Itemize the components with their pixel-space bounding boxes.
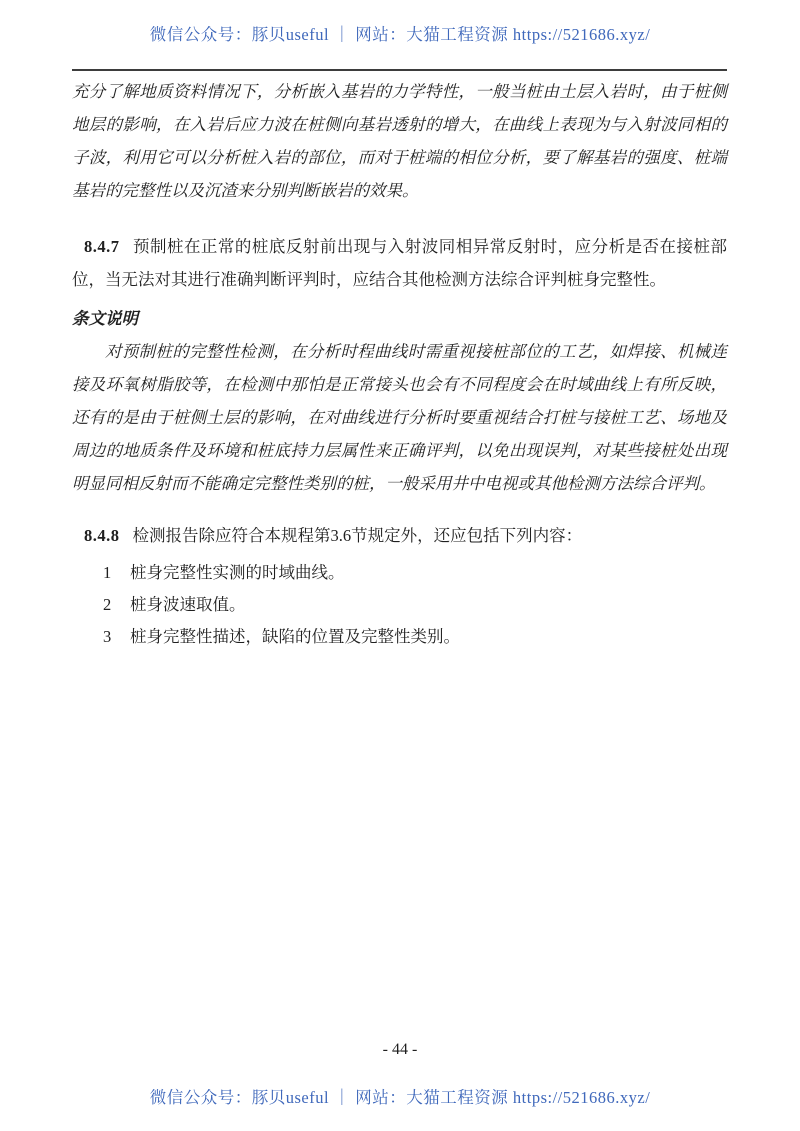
page-number: - 44 - — [0, 1041, 800, 1059]
list-item: 3桩身完整性描述，缺陷的位置及完整性类别。 — [72, 621, 727, 653]
list-item-text: 桩身波速取值。 — [130, 595, 246, 614]
page-footer-watermark: 微信公众号：豚贝useful ｜ 网站：大猫工程资源 https://52168… — [0, 1084, 800, 1108]
clause-8-4-7-text: 预制桩在正常的桩底反射前出现与入射波同相异常反射时，应分析是否在接桩部位，当无法… — [72, 237, 727, 289]
continuation-paragraph: 充分了解地质资料情况下，分析嵌入基岩的力学特性，一般当桩由土层入岩时，由于桩侧地… — [72, 75, 727, 207]
list-item-text: 桩身完整性描述，缺陷的位置及完整性类别。 — [130, 627, 460, 646]
header-divider — [72, 69, 727, 71]
document-page: 微信公众号：豚贝useful ｜ 网站：大猫工程资源 https://52168… — [0, 0, 800, 1131]
list-item: 1桩身完整性实测的时域曲线。 — [72, 557, 727, 589]
list-item-number: 1 — [103, 557, 115, 589]
clause-8-4-8-number: 8.4.8 — [84, 526, 120, 545]
clause-8-4-7: 8.4.7预制桩在正常的桩底反射前出现与入射波同相异常反射时，应分析是否在接桩部… — [72, 230, 727, 296]
list-item: 2桩身波速取值。 — [72, 589, 727, 621]
page-header-watermark: 微信公众号：豚贝useful ｜ 网站：大猫工程资源 https://52168… — [0, 21, 800, 45]
clause-8-4-7-number: 8.4.7 — [84, 237, 120, 256]
clause-8-4-8-text: 检测报告除应符合本规程第3.6节规定外，还应包括下列内容： — [133, 526, 583, 545]
commentary-heading: 条文说明 — [72, 302, 727, 335]
list-item-number: 2 — [103, 589, 115, 621]
clause-8-4-8: 8.4.8检测报告除应符合本规程第3.6节规定外，还应包括下列内容： — [72, 519, 727, 552]
list-item-text: 桩身完整性实测的时域曲线。 — [130, 563, 345, 582]
commentary-paragraph: 对预制桩的完整性检测，在分析时程曲线时需重视接桩部位的工艺，如焊接、机械连接及环… — [72, 335, 727, 500]
document-body: 充分了解地质资料情况下，分析嵌入基岩的力学特性，一般当桩由土层入岩时，由于桩侧地… — [72, 75, 727, 653]
list-item-number: 3 — [103, 621, 115, 653]
clause-8-4-8-list: 1桩身完整性实测的时域曲线。 2桩身波速取值。 3桩身完整性描述，缺陷的位置及完… — [72, 557, 727, 653]
